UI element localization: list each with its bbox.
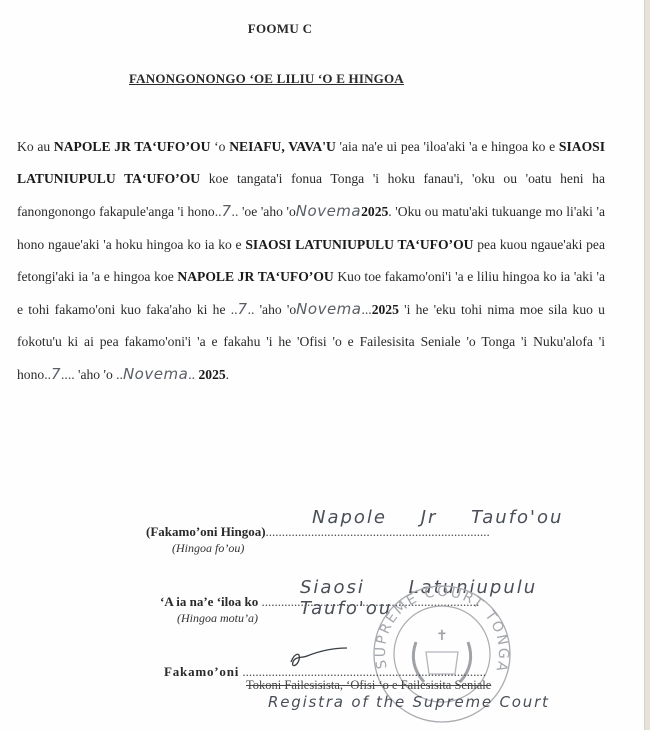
old-name: NAPOLE JR TA‘UFO’OU	[177, 269, 333, 284]
body-text: 'aia na'e ui pea 'iloa'aki 'a e hingoa k…	[336, 139, 559, 154]
month-field: ..Novema..	[116, 367, 195, 382]
old-name: NAPOLE JR TA‘UFO’OU	[54, 139, 211, 154]
place-name: NEIAFU, VAVA'U	[229, 139, 336, 154]
svg-text:✝: ✝	[436, 628, 448, 644]
body-text: 'aho 'o	[254, 302, 296, 317]
day-field: ..7..	[231, 302, 255, 317]
handwritten-month: Novema	[296, 202, 361, 220]
form-label: FOOMU C	[0, 21, 560, 37]
day-field: ..7..	[215, 204, 239, 219]
witness-title-handwritten: Registra of the Supreme Court	[268, 693, 550, 711]
handwritten-day: 7	[222, 202, 232, 220]
new-name-sub: (Hingoa fo’ou)	[172, 541, 244, 556]
notice-body: Ko au NAPOLE JR TA‘UFO’OU ‘o NEIAFU, VAV…	[17, 131, 605, 392]
handwritten-month: Novema	[123, 365, 188, 383]
new-name-signature: Napole Jr Taufo'ou	[312, 507, 563, 528]
body-text: Ko au	[17, 139, 54, 154]
day-field: ..7....	[44, 367, 74, 382]
handwritten-month: Novema	[296, 300, 361, 318]
year: 2025	[198, 367, 225, 382]
page-edge	[644, 0, 650, 730]
new-name-label: (Fakamo’oni Hingoa)	[146, 524, 266, 539]
year: 2025	[372, 302, 399, 317]
handwritten-day: 7	[238, 300, 248, 318]
body-text: 'oe 'aho 'o	[238, 204, 295, 219]
handwritten-day: 7	[51, 365, 61, 383]
document-heading: FANONGONONGO ‘OE LILIU ‘O E HINGOA	[129, 71, 404, 87]
body-text: ‘o	[210, 139, 229, 154]
witness-signature-icon	[285, 644, 355, 672]
new-name: SIAOSI LATUNIUPULU TA‘UFO’OU	[245, 237, 473, 252]
old-name-label: ‘A ia na’e ‘iloa ko	[160, 594, 258, 609]
month-field: Novema...	[296, 302, 372, 317]
year: 2025	[361, 204, 388, 219]
old-name-sub: (Hingoa motu’a)	[177, 611, 258, 626]
witness-title-struck: Tokoni Failesisista, ‘Ofisi ‘o e Failesi…	[246, 678, 491, 693]
body-text: .	[226, 367, 229, 382]
month-field: Novema	[296, 204, 361, 219]
witness-label: Fakamo’oni	[164, 664, 239, 679]
body-text: 'aho 'o	[75, 367, 117, 382]
